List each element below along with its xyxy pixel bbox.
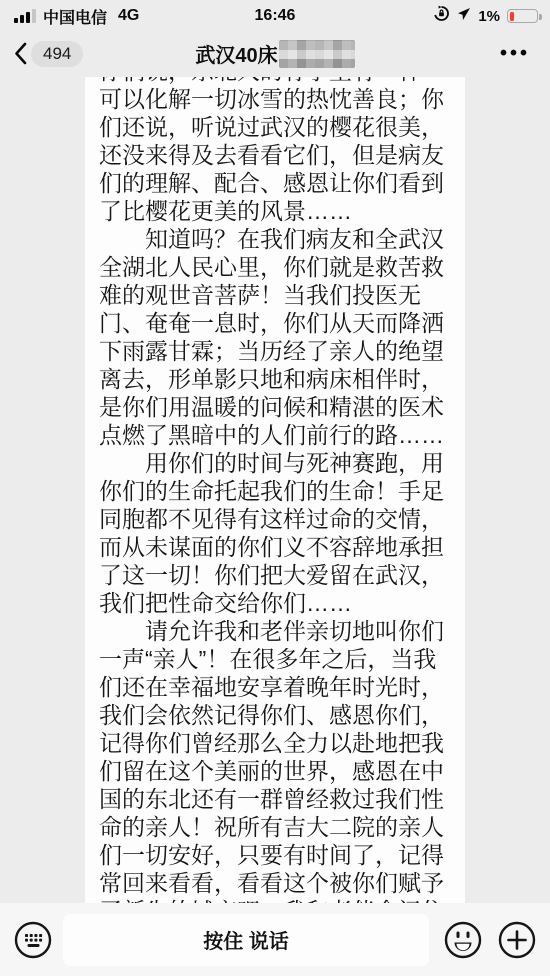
- message-line: 请允许我和老伴亲切地叫你们: [99, 617, 451, 645]
- message-line: 国的东北还有一群曾经救过我们性: [99, 785, 451, 813]
- message-line: 了比樱花更美的风景……: [99, 197, 451, 225]
- redacted-title-mosaic: [279, 40, 355, 68]
- message-line: 常回来看看，看看这个被你们赋予: [99, 869, 451, 897]
- battery-percent-label: 1%: [478, 8, 500, 25]
- message-line: 们一切安好，只要有时间了，记得: [99, 841, 451, 869]
- more-menu-button[interactable]: •••: [500, 42, 530, 65]
- message-line: 而从未谋面的你们义不容辞地承担: [99, 533, 451, 561]
- emoji-icon[interactable]: [444, 921, 482, 959]
- message-line: 知道吗？在我们病友和全武汉: [99, 225, 451, 253]
- message-line: 用你们的时间与死神赛跑，用: [99, 449, 451, 477]
- message-line: 还没来得及去看看它们，但是病友: [99, 141, 451, 169]
- plus-more-icon[interactable]: [498, 921, 536, 959]
- back-button[interactable]: 494: [14, 41, 83, 67]
- message-line: 我们会依然记得你们、感恩你们，: [99, 701, 451, 729]
- message-line: 我们把性命交给你们……: [99, 589, 451, 617]
- location-arrow-icon: [457, 7, 471, 26]
- keyboard-toggle-icon[interactable]: [14, 921, 52, 959]
- wechat-chat-screen: 中国电信 4G 16:46 1%: [0, 0, 550, 976]
- network-type-label: 4G: [118, 7, 139, 25]
- back-chevron-icon: [14, 42, 27, 65]
- message-line: 点燃了黑暗中的人们前行的路……: [99, 421, 451, 449]
- message-line: 们还说，听说过武汉的樱花很美，: [99, 113, 451, 141]
- message-line: 离去，形单影只地和病床相伴时，: [99, 365, 451, 393]
- chat-message-area[interactable]: 你们说，东北人的骨子里有一种可以化解一切冰雪的热忱善良；你们还说，听说过武汉的樱…: [0, 77, 550, 903]
- nav-bar: 494 武汉40床 •••: [0, 30, 550, 77]
- message-line: 记得你们曾经那么全力以赴地把我: [99, 729, 451, 757]
- message-line: 们留在这个美丽的世界，感恩在中: [99, 757, 451, 785]
- message-line: 一声“亲人”！在很多年之后，当我: [99, 645, 451, 673]
- signal-strength-icon: [14, 9, 36, 23]
- message-line: 下雨露甘霖；当历经了亲人的绝望: [99, 337, 451, 365]
- message-line: 命的亲人！祝所有吉大二院的亲人: [99, 813, 451, 841]
- hold-to-talk-button[interactable]: 按住 说话: [63, 914, 429, 966]
- message-line: 你们的生命托起我们的生命！手足: [99, 477, 451, 505]
- message-bubble[interactable]: 你们说，东北人的骨子里有一种可以化解一切冰雪的热忱善良；你们还说，听说过武汉的樱…: [85, 77, 465, 903]
- orientation-lock-icon: [433, 5, 450, 27]
- message-line: 们的理解、配合、感恩让你们看到: [99, 169, 451, 197]
- message-line: 了这一切！你们把大爱留在武汉，: [99, 561, 451, 589]
- status-bar: 中国电信 4G 16:46 1%: [0, 0, 550, 30]
- message-line: 全湖北人民心里，你们就是救苦救: [99, 253, 451, 281]
- battery-icon: [507, 9, 538, 23]
- unread-count-badge: 494: [31, 41, 83, 67]
- carrier-label: 中国电信: [43, 5, 107, 28]
- chat-input-bar: 按住 说话: [0, 903, 550, 976]
- message-line: 难的观世音菩萨！当我们投医无: [99, 281, 451, 309]
- message-line: 是你们用温暖的问候和精湛的医术: [99, 393, 451, 421]
- chat-title-text: 武汉40床: [195, 39, 277, 68]
- message-line: 们还在幸福地安享着晚年时光时，: [99, 673, 451, 701]
- message-line: 同胞都不见得有这样过命的交情，: [99, 505, 451, 533]
- message-line: 门、奄奄一息时，你们从天而降洒: [99, 309, 451, 337]
- message-line: 可以化解一切冰雪的热忱善良；你: [99, 85, 451, 113]
- message-line: 你们说，东北人的骨子里有一种: [99, 77, 451, 85]
